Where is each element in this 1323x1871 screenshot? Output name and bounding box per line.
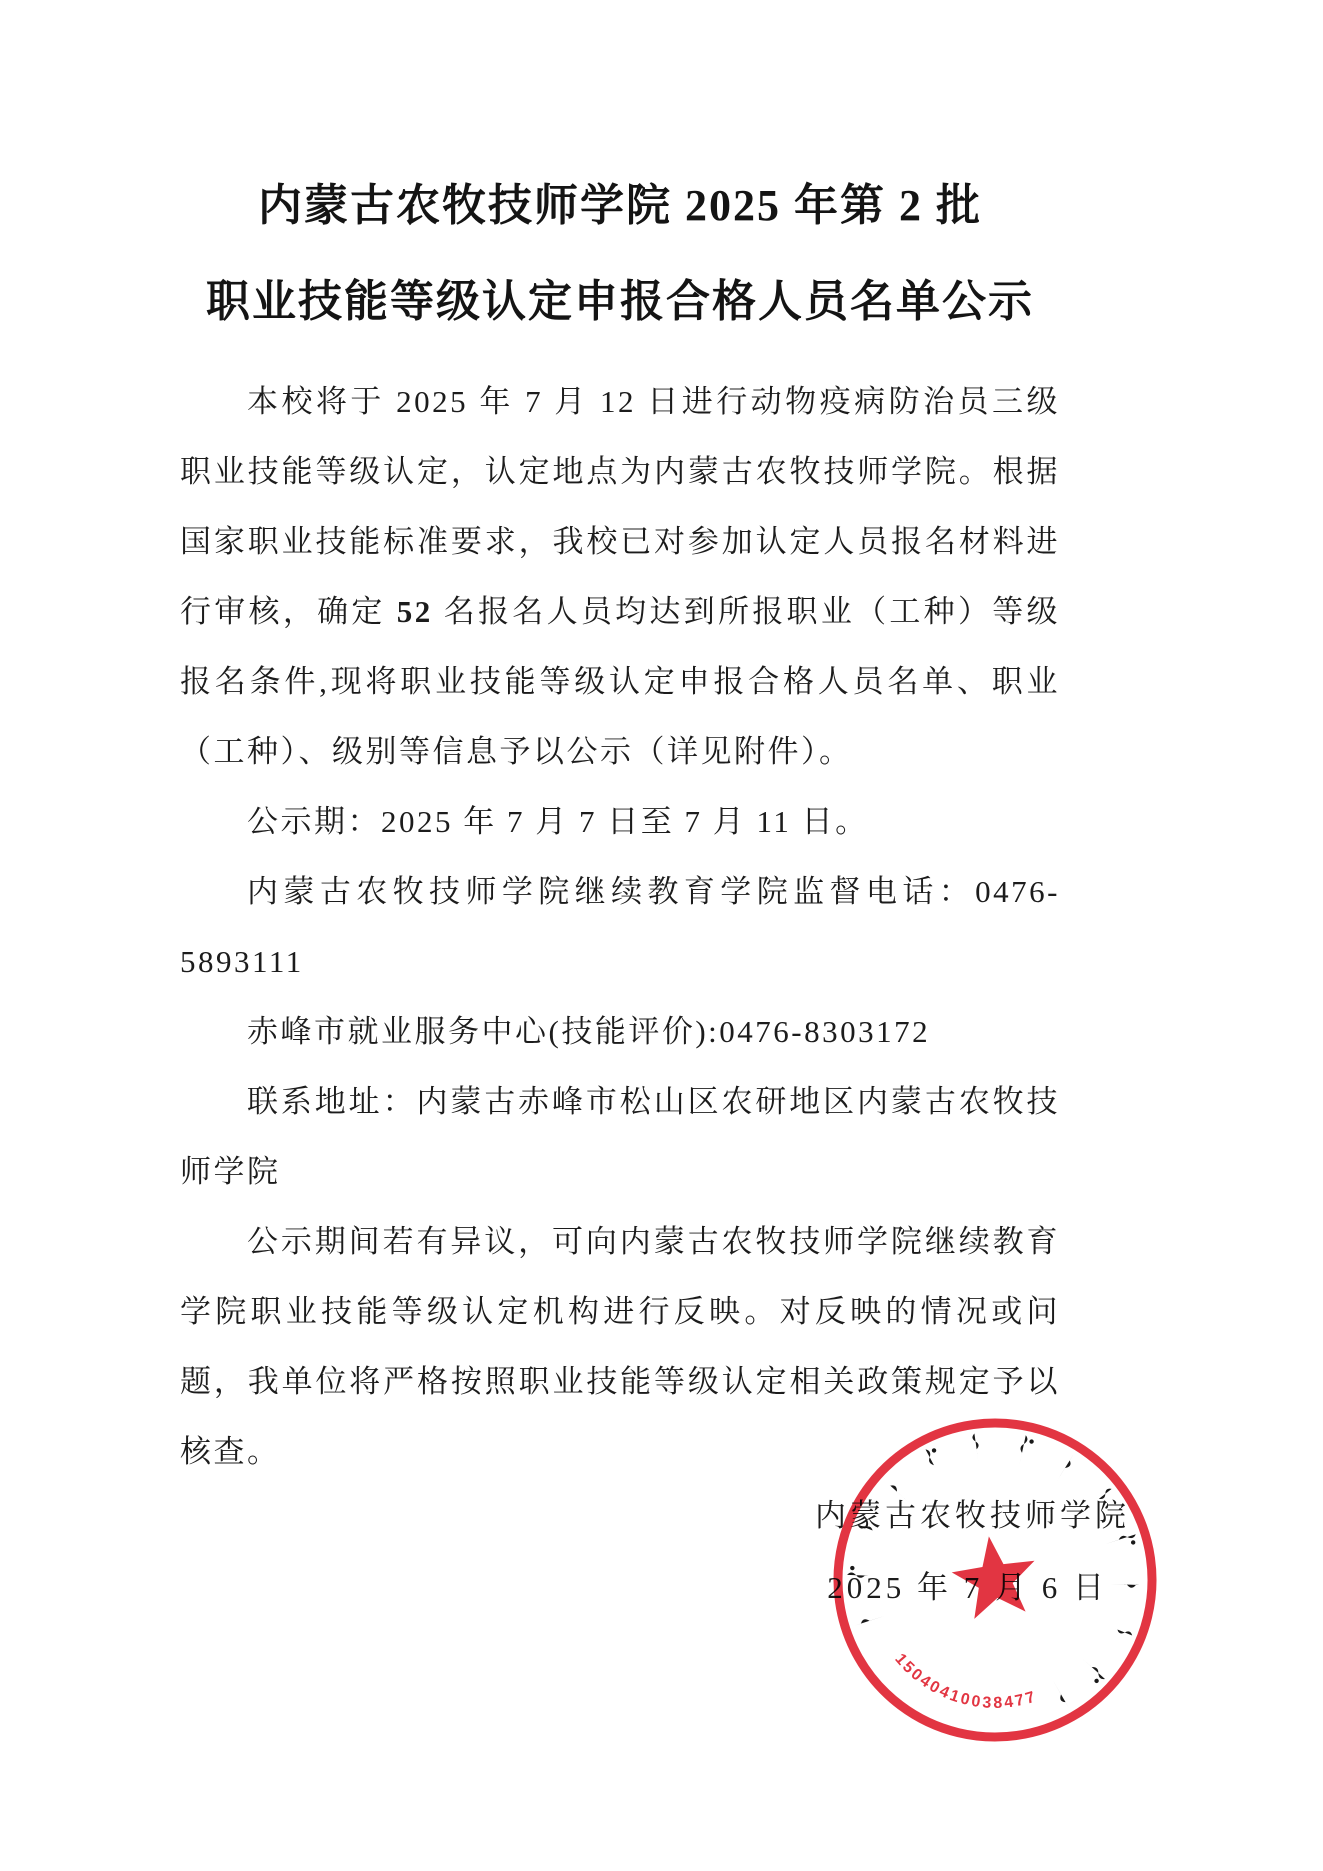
paragraph-contact-address: 联系地址：内蒙古赤峰市松山区农研地区内蒙古农牧技师学院 <box>180 1067 1060 1207</box>
paragraph-service-center-phone: 赤峰市就业服务中心(技能评价):0476-8303172 <box>180 997 1060 1067</box>
paragraph-intro: 本校将于 2025 年 7 月 12 日进行动物疫病防治员三级职业技能等级认定，… <box>180 367 1060 787</box>
document-body: 本校将于 2025 年 7 月 12 日进行动物疫病防治员三级职业技能等级认定，… <box>180 367 1060 1487</box>
document-title: 内蒙古农牧技师学院 2025 年第 2 批 职业技能等级认定申报合格人员名单公示 <box>180 158 1060 350</box>
document-page: 内蒙古农牧技师学院 2025 年第 2 批 职业技能等级认定申报合格人员名单公示… <box>0 0 1323 1871</box>
paragraph-publicity-period: 公示期：2025 年 7 月 7 日至 7 月 11 日。 <box>180 787 1060 857</box>
applicant-count: 52 <box>397 594 433 629</box>
intro-text-before-count: 本校将于 2025 年 7 月 12 日进行动物疫病防治员三级职业技能等级认定，… <box>180 384 1060 629</box>
stamp-star-icon <box>947 1531 1041 1621</box>
title-line-1: 内蒙古农牧技师学院 2025 年第 2 批 <box>180 158 1060 254</box>
paragraph-supervision-phone: 内蒙古农牧技师学院继续教育学院监督电话：0476-5893111 <box>180 857 1060 997</box>
document-content: 内蒙古农牧技师学院 2025 年第 2 批 职业技能等级认定申报合格人员名单公示… <box>180 158 1060 1487</box>
title-line-2: 职业技能等级认定申报合格人员名单公示 <box>180 254 1060 350</box>
official-seal-stamp: 15040410038477 <box>823 1408 1167 1752</box>
